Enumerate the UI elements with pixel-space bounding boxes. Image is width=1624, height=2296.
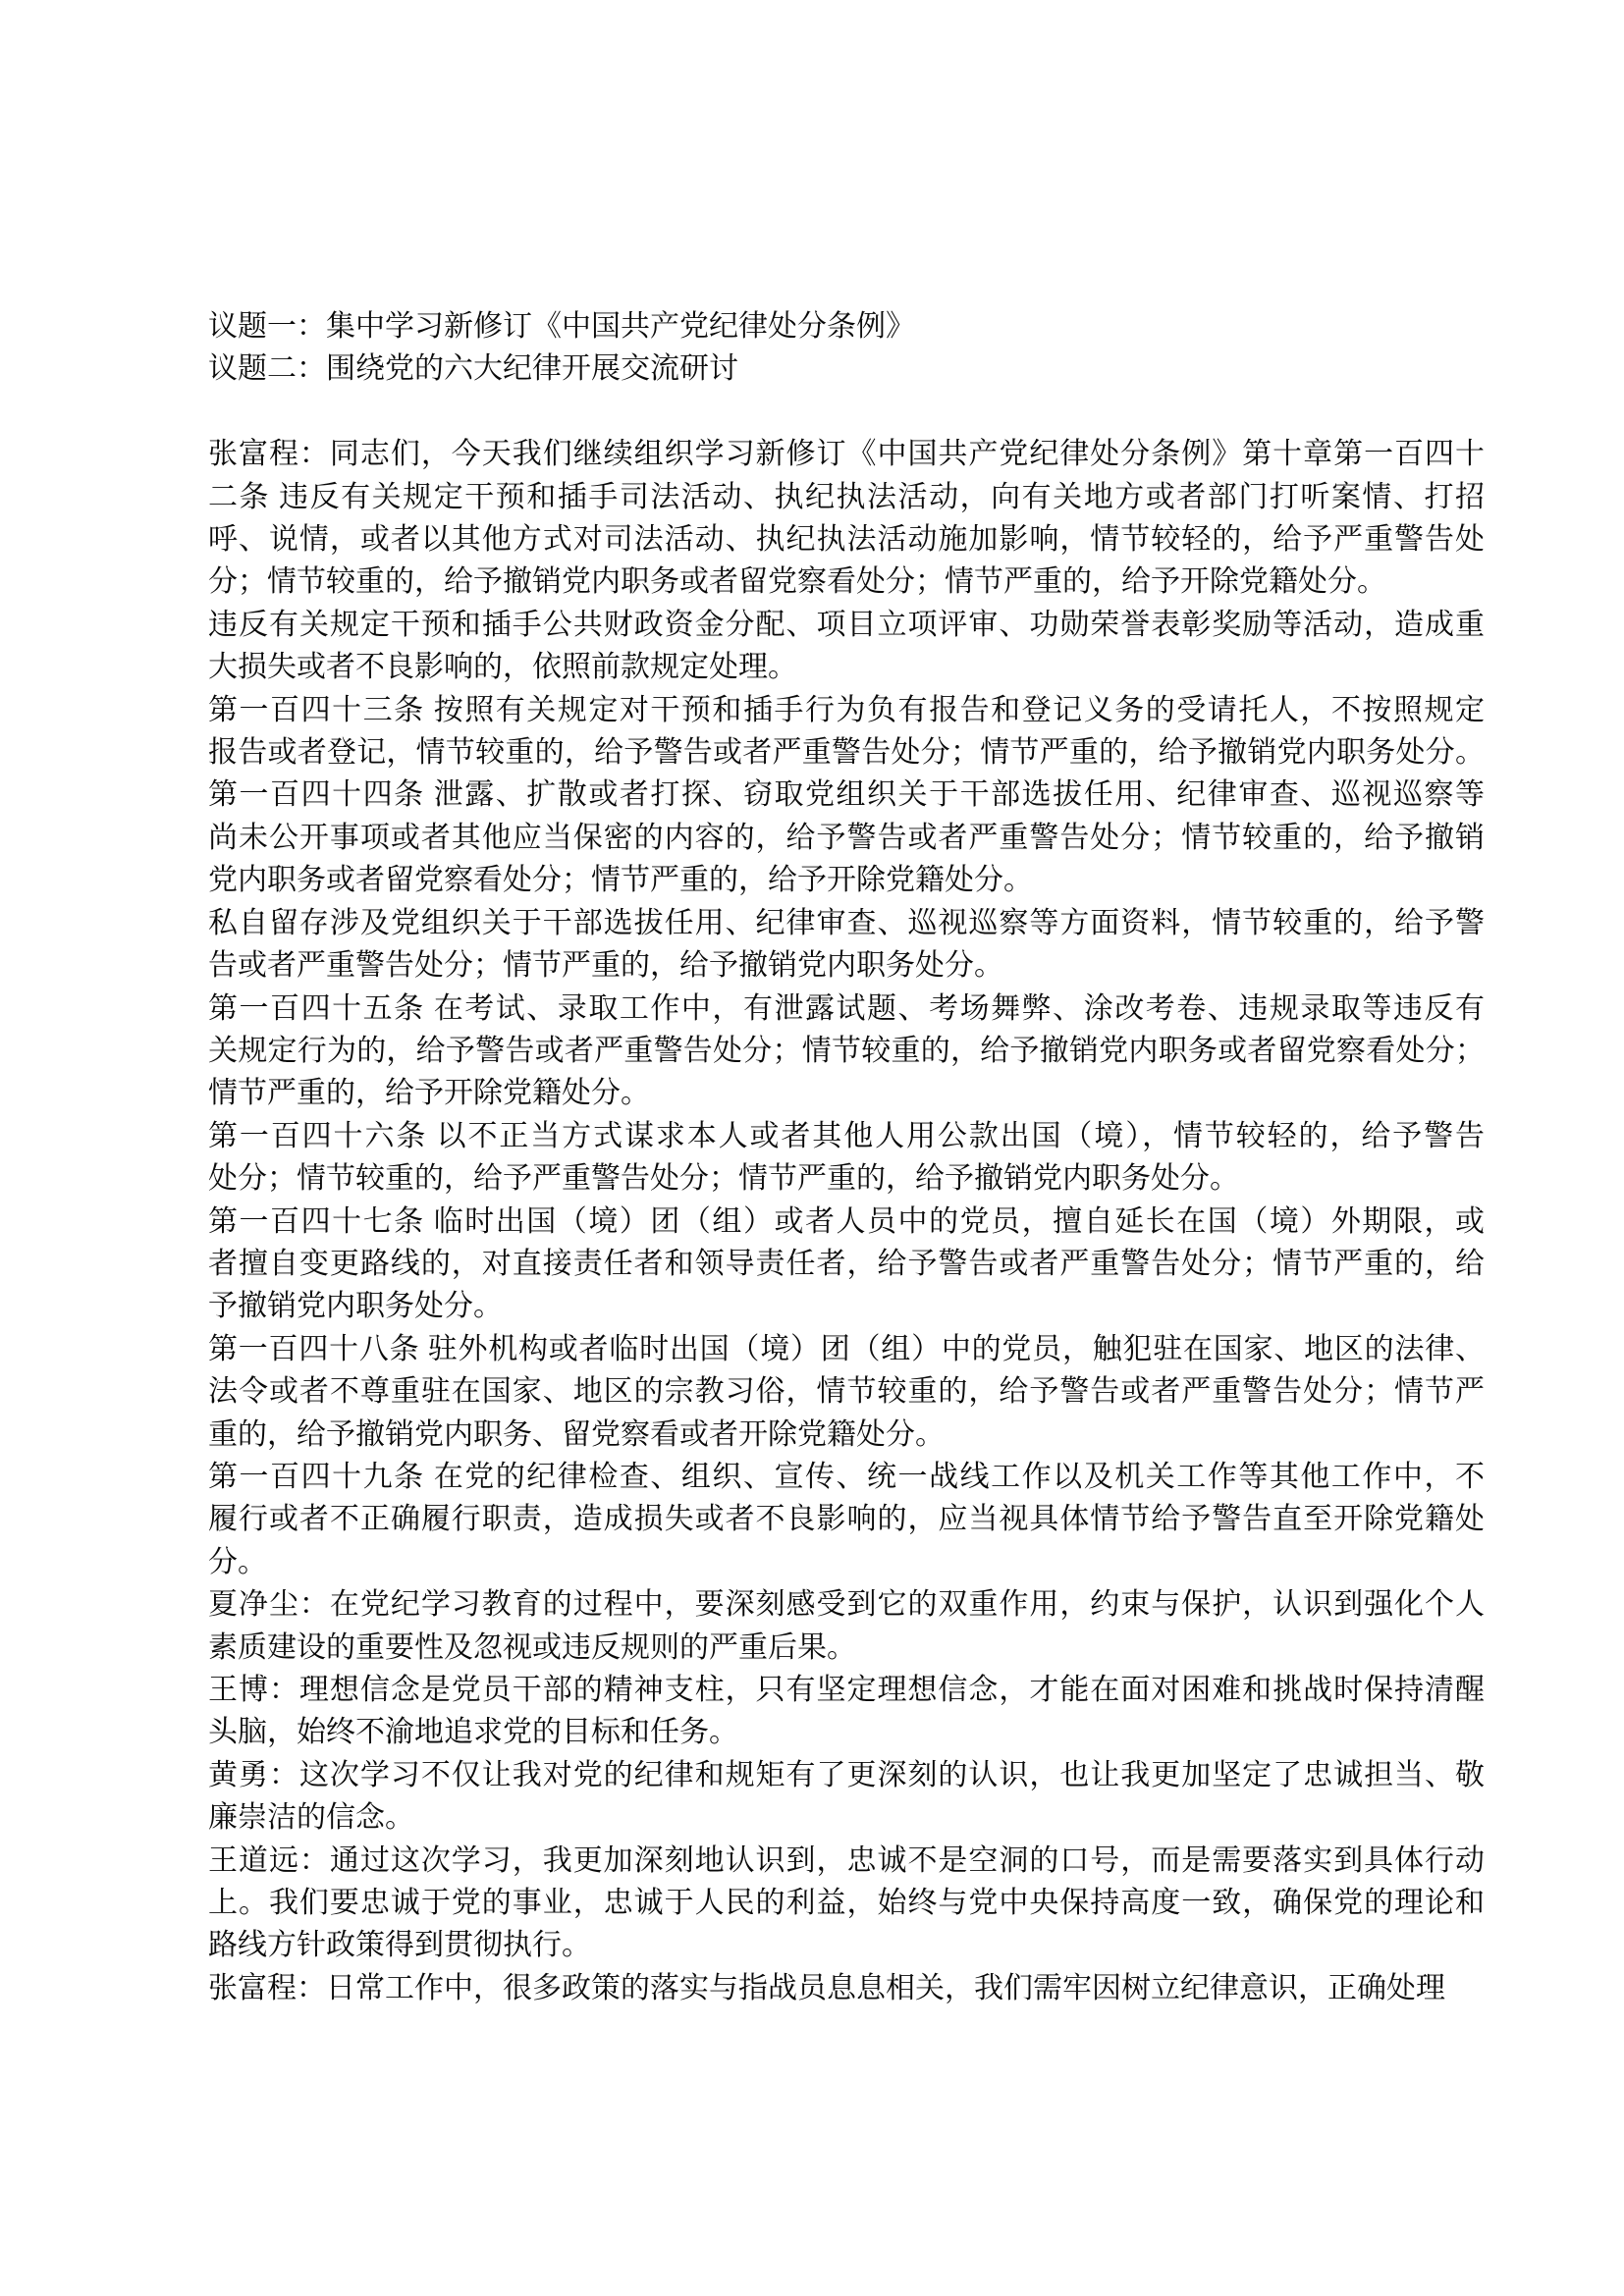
text-line: 分；情节较重的，给予撤销党内职务或者留党察看处分；情节严重的，给予开除党籍处分。	[208, 561, 1485, 603]
text-line: 第一百四十三条 按照有关规定对干预和插手行为负有报告和登记义务的受请托人，不按照…	[208, 689, 1485, 731]
text-line: 重的，给予撤销党内职务、留党察看或者开除党籍处分。	[208, 1414, 1485, 1456]
text-line: 张富程：同志们，今天我们继续组织学习新修订《中国共产党纪律处分条例》第十章第一百…	[208, 433, 1485, 475]
text-line: 告或者严重警告处分；情节严重的，给予撤销党内职务处分。	[208, 944, 1485, 987]
text-line: 张富程：日常工作中，很多政策的落实与指战员息息相关，我们需牢因树立纪律意识，正确…	[208, 1967, 1485, 2009]
text-line	[208, 391, 1485, 433]
text-line: 党内职务或者留党察看处分；情节严重的，给予开除党籍处分。	[208, 859, 1485, 901]
text-line: 履行或者不正确履行职责，造成损失或者不良影响的，应当视具体情节给予警告直至开除党…	[208, 1498, 1485, 1540]
text-line: 夏净尘：在党纪学习教育的过程中，要深刻感受到它的双重作用，约束与保护，认识到强化…	[208, 1583, 1485, 1626]
text-line: 王博：理想信念是党员干部的精神支柱，只有坚定理想信念，才能在面对困难和挑战时保持…	[208, 1669, 1485, 1711]
text-line: 廉崇洁的信念。	[208, 1796, 1485, 1839]
text-line: 私自留存涉及党组织关于干部选拔任用、纪律审查、巡视巡察等方面资料，情节较重的，给…	[208, 902, 1485, 944]
text-line: 第一百四十七条 临时出国（境）团（组）或者人员中的党员，擅自延长在国（境）外期限…	[208, 1201, 1485, 1243]
text-line: 大损失或者不良影响的，依照前款规定处理。	[208, 646, 1485, 688]
text-line: 报告或者登记，情节较重的，给予警告或者严重警告处分；情节严重的，给予撤销党内职务…	[208, 731, 1485, 774]
text-line: 议题二：围绕党的六大纪律开展交流研讨	[208, 347, 1485, 390]
text-line: 法令或者不尊重驻在国家、地区的宗教习俗，情节较重的，给予警告或者严重警告处分；情…	[208, 1370, 1485, 1413]
text-line: 头脑，始终不渝地追求党的目标和任务。	[208, 1711, 1485, 1753]
text-line: 呼、说情，或者以其他方式对司法活动、执纪执法活动施加影响，情节较轻的，给予严重警…	[208, 518, 1485, 561]
text-line: 上。我们要忠诚于党的事业，忠诚于人民的利益，始终与党中央保持高度一致，确保党的理…	[208, 1882, 1485, 1924]
text-line: 第一百四十六条 以不正当方式谋求本人或者其他人用公款出国（境），情节较轻的，给予…	[208, 1115, 1485, 1157]
text-line: 分。	[208, 1541, 1485, 1583]
text-line: 第一百四十五条 在考试、录取工作中，有泄露试题、考场舞弊、涂改考卷、违规录取等违…	[208, 988, 1485, 1030]
text-line: 违反有关规定干预和插手公共财政资金分配、项目立项评审、功勋荣誉表彰奖励等活动，造…	[208, 604, 1485, 646]
text-line: 者擅自变更路线的，对直接责任者和领导责任者，给予警告或者严重警告处分；情节严重的…	[208, 1243, 1485, 1285]
document-page: 议题一：集中学习新修订《中国共产党纪律处分条例》议题二：围绕党的六大纪律开展交流…	[0, 0, 1624, 2296]
text-line: 议题一：集中学习新修订《中国共产党纪律处分条例》	[208, 305, 1485, 347]
text-line: 情节严重的，给予开除党籍处分。	[208, 1072, 1485, 1114]
text-line: 素质建设的重要性及忽视或违反规则的严重后果。	[208, 1627, 1485, 1669]
text-line: 第一百四十四条 泄露、扩散或者打探、窃取党组织关于干部选拔任用、纪律审查、巡视巡…	[208, 774, 1485, 816]
text-line: 关规定行为的，给予警告或者严重警告处分；情节较重的，给予撤销党内职务或者留党察看…	[208, 1030, 1485, 1072]
text-line: 第一百四十九条 在党的纪律检查、组织、宣传、统一战线工作以及机关工作等其他工作中…	[208, 1456, 1485, 1498]
text-line: 黄勇：这次学习不仅让我对党的纪律和规矩有了更深刻的认识，也让我更加坚定了忠诚担当…	[208, 1754, 1485, 1796]
text-line: 予撤销党内职务处分。	[208, 1285, 1485, 1327]
text-line: 处分；情节较重的，给予严重警告处分；情节严重的，给予撤销党内职务处分。	[208, 1157, 1485, 1200]
text-line: 路线方针政策得到贯彻执行。	[208, 1924, 1485, 1966]
text-line: 尚未公开事项或者其他应当保密的内容的，给予警告或者严重警告处分；情节较重的，给予…	[208, 817, 1485, 859]
document-text: 议题一：集中学习新修订《中国共产党纪律处分条例》议题二：围绕党的六大纪律开展交流…	[208, 305, 1485, 2009]
text-line: 王道远：通过这次学习，我更加深刻地认识到，忠诚不是空洞的口号，而是需要落实到具体…	[208, 1840, 1485, 1882]
text-line: 第一百四十八条 驻外机构或者临时出国（境）团（组）中的党员，触犯驻在国家、地区的…	[208, 1328, 1485, 1370]
text-line: 二条 违反有关规定干预和插手司法活动、执纪执法活动，向有关地方或者部门打听案情、…	[208, 476, 1485, 518]
